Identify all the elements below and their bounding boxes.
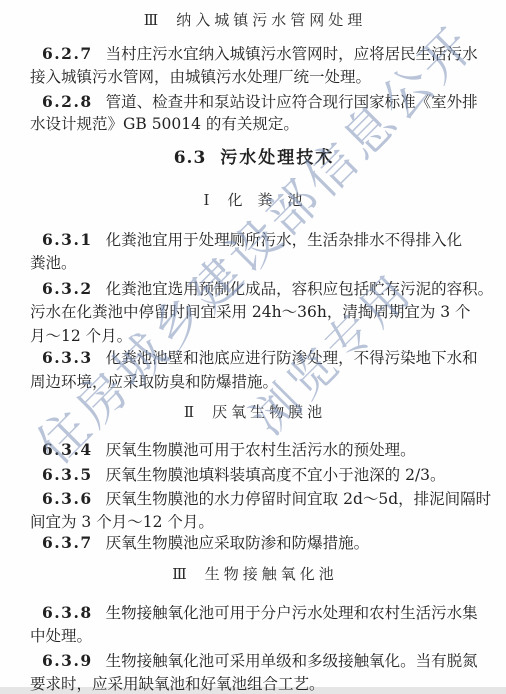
- clause-text: 生物接触氧化池可用于分户污水处理和农村生活污水集: [106, 604, 478, 622]
- clause-text: 厌氧生物膜池的水力停留时间宜取 2d～5d，排泥间隔时: [106, 490, 492, 508]
- clause-6-3-3-line-2: 周边环境，应采取防臭和防爆措施。: [0, 370, 506, 395]
- clause-text: 周边环境，应采取防臭和防爆措施。: [30, 373, 278, 391]
- clause-6-3-1-line-1: 6.3.1化粪池宜用于处理厕所污水，生活杂排水不得排入化: [0, 227, 506, 252]
- clause-number: 6.3.7: [42, 533, 93, 552]
- document-page: Ⅲ纳入城镇污水管网处理 6.2.7当村庄污水宜纳入城镇污水管网时，应将居民生活污…: [0, 0, 506, 694]
- clause-6-3-1-line-2: 粪池。: [0, 251, 506, 276]
- clause-number: 6.3.3: [42, 348, 93, 367]
- clause-text: 化粪池宜用于处理厕所污水，生活杂排水不得排入化: [106, 231, 463, 249]
- clause-text: 中处理。: [30, 627, 92, 645]
- section-heading-6-3: 6.3污水处理技术: [0, 146, 506, 171]
- clause-6-3-6-line-1: 6.3.6厌氧生物膜池的水力停留时间宜取 2d～5d，排泥间隔时: [0, 486, 506, 511]
- clause-6-2-8-line-1: 6.2.8管道、检查井和泵站设计应符合现行国家标准《室外排: [0, 89, 506, 114]
- clause-text: 月～12 个月。: [30, 327, 132, 345]
- clause-number: 6.3.8: [42, 603, 93, 622]
- clause-6-2-8-line-2: 水设计规范》GB 50014 的有关规定。: [0, 112, 506, 137]
- clause-text: 厌氧生物膜池可用于农村生活污水的预处理。: [106, 441, 416, 459]
- clause-6-3-8-line-1: 6.3.8生物接触氧化池可用于分户污水处理和农村生活污水集: [0, 600, 506, 625]
- clause-number: 6.3.4: [42, 440, 93, 459]
- clause-text: 生物接触氧化池可采用单级和多级接触氧化。当有脱氮: [106, 652, 478, 670]
- clause-number: 6.2.7: [42, 44, 93, 63]
- clause-number: 6.3.2: [42, 279, 93, 298]
- part-title: 纳入城镇污水管网处理: [176, 11, 366, 29]
- clause-text: 化粪池池壁和池底应进行防渗处理，不得污染地下水和: [106, 349, 478, 367]
- clause-text: 当村庄污水宜纳入城镇污水管网时，应将居民生活污水: [106, 45, 478, 63]
- clause-number: 6.3.1: [42, 230, 93, 249]
- clause-6-3-9-line-2: 要求时，应采用缺氧池和好氧池组合工艺。: [0, 672, 506, 694]
- clause-6-2-7-line-2: 接入城镇污水管网，由城镇污水处理厂统一处理。: [0, 65, 506, 90]
- section-title: 污水处理技术: [220, 148, 334, 168]
- part-heading-biological-contact-oxidation: Ⅲ生物接触氧化池: [0, 562, 506, 587]
- part-title: 生物接触氧化池: [205, 565, 338, 583]
- part-numeral: Ⅲ: [172, 565, 186, 583]
- part-numeral: Ⅲ: [144, 11, 158, 29]
- clause-text: 水设计规范》GB 50014 的有关规定。: [30, 115, 299, 133]
- clause-text: 间宜为 3 个月～12 个月。: [30, 513, 214, 531]
- clause-text: 厌氧生物膜池应采取防渗和防爆措施。: [106, 534, 370, 552]
- part-heading-septic-tank: Ⅰ化粪池: [0, 188, 506, 213]
- clause-text: 管道、检查井和泵站设计应符合现行国家标准《室外排: [106, 93, 478, 111]
- clause-6-3-4-line-1: 6.3.4厌氧生物膜池可用于农村生活污水的预处理。: [0, 437, 506, 462]
- clause-number: 6.3.6: [42, 489, 93, 508]
- clause-6-3-7-line-1: 6.3.7厌氧生物膜池应采取防渗和防爆措施。: [0, 530, 506, 555]
- clause-6-2-7-line-1: 6.2.7当村庄污水宜纳入城镇污水管网时，应将居民生活污水: [0, 41, 506, 66]
- clause-6-3-9-line-1: 6.3.9生物接触氧化池可采用单级和多级接触氧化。当有脱氮: [0, 648, 506, 673]
- clause-number: 6.3.9: [42, 651, 93, 670]
- clause-6-3-5-line-1: 6.3.5厌氧生物膜池填料装填高度不宜小于池深的 2/3。: [0, 462, 506, 487]
- clause-text: 污水在化粪池中停留时间宜采用 24h～36h，清掏周期宜为 3 个: [30, 303, 471, 321]
- part-heading-anaerobic-biofilm: Ⅱ厌氧生物膜池: [0, 400, 506, 425]
- clause-6-3-2-line-1: 6.3.2化粪池宜选用预制化成品，容积应包括贮存污泥的容积。: [0, 276, 506, 301]
- part-heading-networks: Ⅲ纳入城镇污水管网处理: [0, 8, 506, 33]
- clause-text: 要求时，应采用缺氧池和好氧池组合工艺。: [30, 675, 325, 693]
- section-number: 6.3: [174, 148, 207, 168]
- clause-number: 6.2.8: [42, 92, 93, 111]
- clause-6-3-3-line-1: 6.3.3化粪池池壁和池底应进行防渗处理，不得污染地下水和: [0, 345, 506, 370]
- clause-6-3-2-line-2: 污水在化粪池中停留时间宜采用 24h～36h，清掏周期宜为 3 个: [0, 300, 506, 325]
- part-numeral: Ⅰ: [204, 191, 210, 209]
- part-numeral: Ⅱ: [184, 403, 194, 421]
- clause-6-3-8-line-2: 中处理。: [0, 624, 506, 649]
- clause-text: 厌氧生物膜池填料装填高度不宜小于池深的 2/3。: [106, 466, 446, 484]
- part-title: 厌氧生物膜池: [212, 403, 326, 421]
- clause-number: 6.3.5: [42, 465, 93, 484]
- part-title: 化粪池: [227, 191, 317, 209]
- clause-text: 粪池。: [30, 254, 77, 272]
- clause-text: 接入城镇污水管网，由城镇污水处理厂统一处理。: [30, 68, 371, 86]
- clause-text: 化粪池宜选用预制化成品，容积应包括贮存污泥的容积。: [106, 280, 494, 298]
